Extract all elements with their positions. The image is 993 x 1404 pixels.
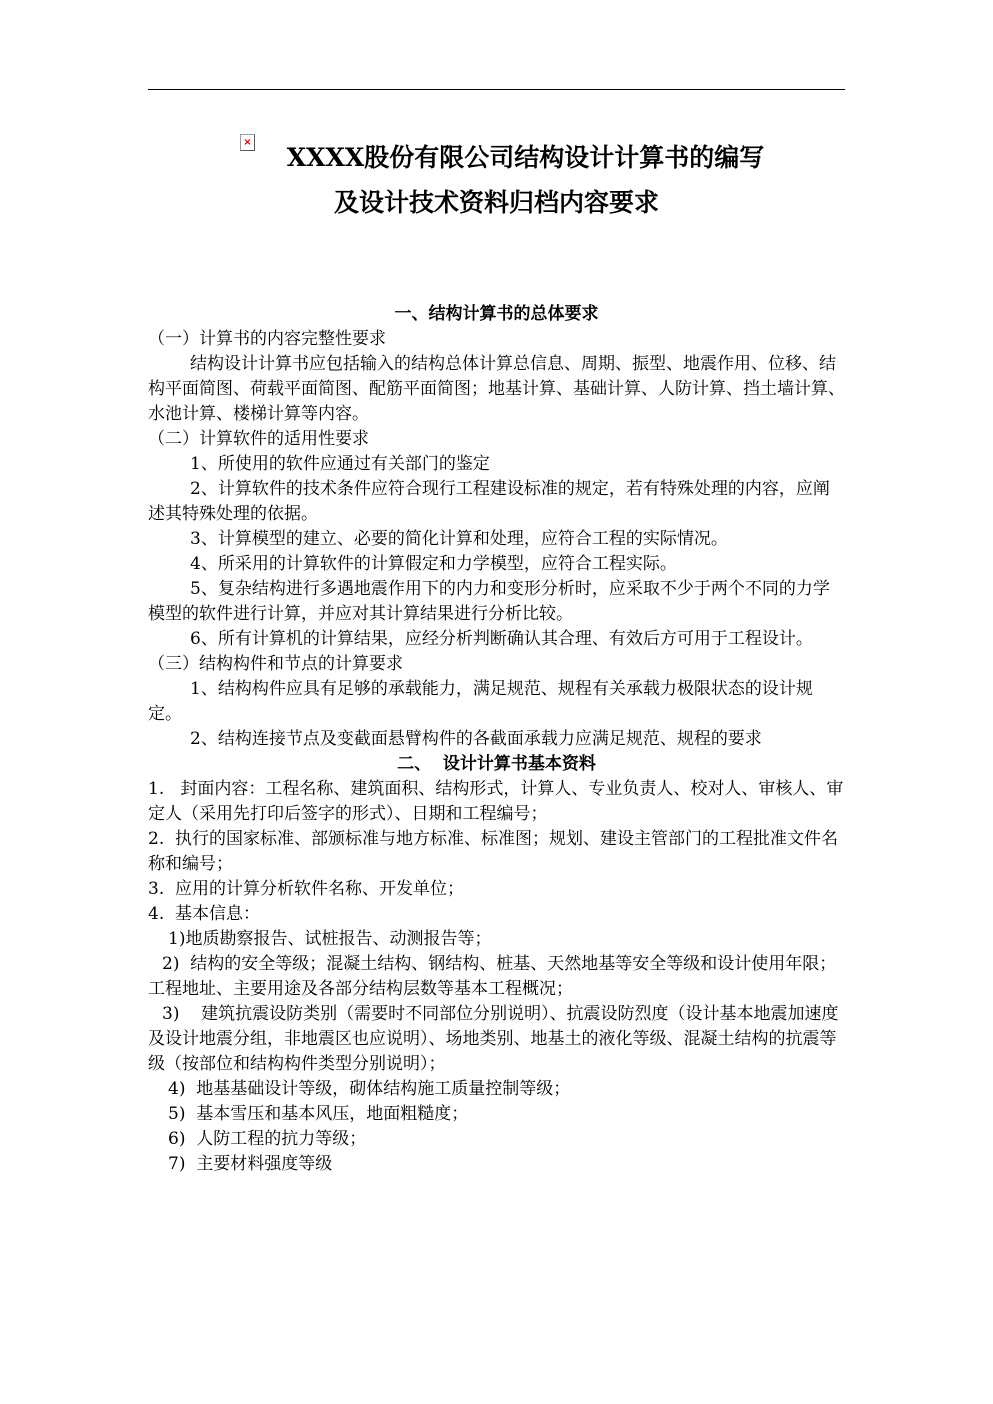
section2-heading: 二、 设计计算书基本资料 xyxy=(148,752,845,777)
section2-item: 2. 执行的国家标准、部颁标准与地方标准、标准图；规划、建设主管部门的工程批准文… xyxy=(148,827,845,877)
document-title-line2: 及设计技术资料归档内容要求 xyxy=(148,183,845,219)
section2-item: 3. 应用的计算分析软件名称、开发单位； xyxy=(148,877,845,902)
sub3-item: 2、结构连接节点及变截面悬臂构件的各截面承载力应满足规范、规程的要求 xyxy=(148,727,845,752)
sub2-item: 1、所使用的软件应通过有关部门的鉴定 xyxy=(148,452,845,477)
basic-info-item: 7) 主要材料强度等级 xyxy=(148,1152,845,1177)
section1-heading: 一、结构计算书的总体要求 xyxy=(148,302,845,327)
section2-item: 4. 基本信息： xyxy=(148,902,845,927)
sub2-item: 5、复杂结构进行多遇地震作用下的内力和变形分析时，应采取不少于两个不同的力学模型… xyxy=(148,577,845,627)
basic-info-item: 1)地质勘察报告、试桩报告、动测报告等； xyxy=(148,927,845,952)
basic-info-item: 6) 人防工程的抗力等级； xyxy=(148,1127,845,1152)
header-rule xyxy=(148,89,845,90)
basic-info-item: 3) 建筑抗震设防类别（需要时不同部位分别说明）、抗震设防烈度（设计基本地震加速… xyxy=(148,1002,845,1077)
sub1-heading: （一）计算书的内容完整性要求 xyxy=(148,327,845,352)
document-title-line1: XXXX股份有限公司结构设计计算书的编写 xyxy=(148,138,845,174)
document-body: 一、结构计算书的总体要求 （一）计算书的内容完整性要求 结构设计计算书应包括输入… xyxy=(148,302,845,1177)
sub3-item: 1、结构构件应具有足够的承载能力，满足规范、规程有关承载力极限状态的设计规定。 xyxy=(148,677,845,727)
sub3-heading: （三）结构构件和节点的计算要求 xyxy=(148,652,845,677)
basic-info-item: 2) 结构的安全等级；混凝土结构、钢结构、桩基、天然地基等安全等级和设计使用年限… xyxy=(148,952,845,1002)
sub2-item: 2、计算软件的技术条件应符合现行工程建设标准的规定，若有特殊处理的内容，应阐述其… xyxy=(148,477,845,527)
sub1-body: 结构设计计算书应包括输入的结构总体计算总信息、周期、振型、地震作用、位移、结构平… xyxy=(148,352,845,427)
section2-item: 1. 封面内容：工程名称、建筑面积、结构形式，计算人、专业负责人、校对人、审核人… xyxy=(148,777,845,827)
sub2-item: 4、所采用的计算软件的计算假定和力学模型，应符合工程实际。 xyxy=(148,552,845,577)
sub2-item: 3、计算模型的建立、必要的简化计算和处理，应符合工程的实际情况。 xyxy=(148,527,845,552)
sub2-item: 6、所有计算机的计算结果，应经分析判断确认其合理、有效后方可用于工程设计。 xyxy=(148,627,845,652)
basic-info-item: 4) 地基基础设计等级，砌体结构施工质量控制等级； xyxy=(148,1077,845,1102)
basic-info-item: 5) 基本雪压和基本风压，地面粗糙度； xyxy=(148,1102,845,1127)
sub2-heading: （二）计算软件的适用性要求 xyxy=(148,427,845,452)
